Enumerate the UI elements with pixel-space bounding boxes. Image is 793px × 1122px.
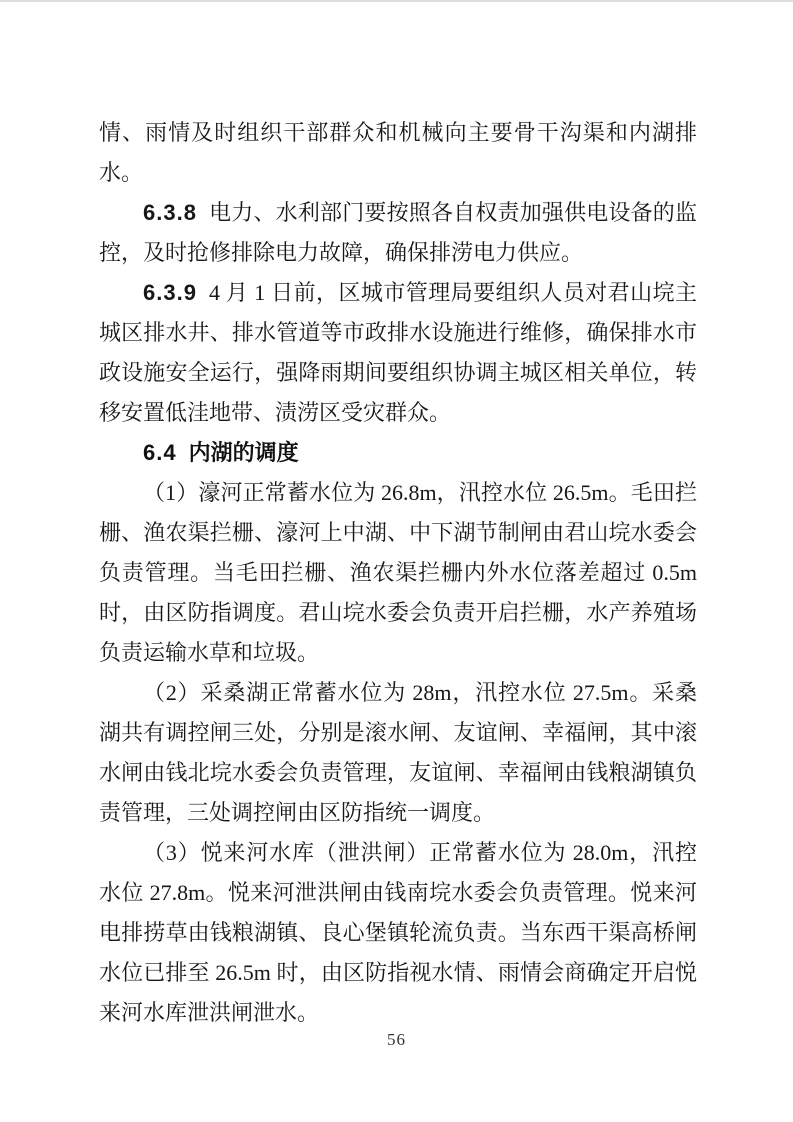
- section-title: 内湖的调度: [189, 440, 299, 465]
- section-number: 6.3.9: [143, 280, 197, 305]
- paragraph-continuation: 情、雨情及时组织干部群众和机械向主要骨干沟渠和内湖排水。: [99, 113, 697, 193]
- section-number: 6.3.8: [143, 200, 197, 225]
- section-heading-6-4: 6.4内湖的调度: [99, 433, 697, 473]
- page-number: 56: [0, 1030, 793, 1050]
- paragraph-item-2: （2）采桑湖正常蓄水位为 28m，汛控水位 27.5m。采桑湖共有调控闸三处，分…: [99, 673, 697, 833]
- document-body: 情、雨情及时组织干部群众和机械向主要骨干沟渠和内湖排水。 6.3.8电力、水利部…: [99, 113, 697, 1033]
- section-number: 6.4: [143, 440, 177, 465]
- paragraph-6-3-8: 6.3.8电力、水利部门要按照各自权责加强供电设备的监控，及时抢修排除电力故障，…: [99, 193, 697, 273]
- document-page: 情、雨情及时组织干部群众和机械向主要骨干沟渠和内湖排水。 6.3.8电力、水利部…: [0, 0, 793, 1122]
- paragraph-6-3-9: 6.3.94 月 1 日前，区城市管理局要组织人员对君山垸主城区排水井、排水管道…: [99, 273, 697, 433]
- page-top-edge: [0, 0, 793, 2]
- paragraph-item-1: （1）濠河正常蓄水位为 26.8m，汛控水位 26.5m。毛田拦栅、渔农渠拦栅、…: [99, 473, 697, 673]
- paragraph-item-3: （3）悦来河水库（泄洪闸）正常蓄水位为 28.0m，汛控水位 27.8m。悦来河…: [99, 833, 697, 1033]
